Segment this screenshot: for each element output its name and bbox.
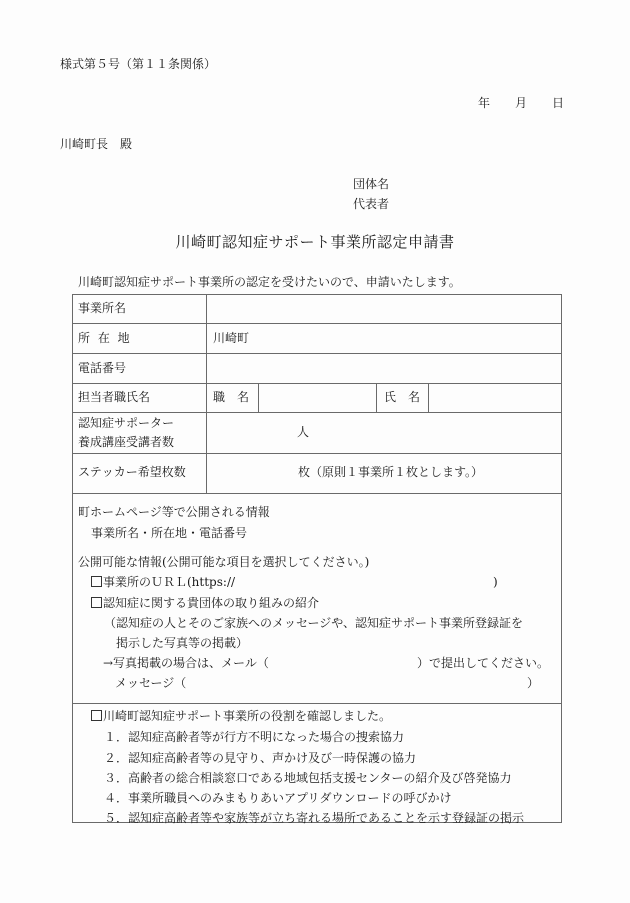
row-divider [72,453,562,454]
date-month-label: 月 [515,97,527,109]
sticker-count-field[interactable] [212,464,292,480]
initiatives-detail-line1: （認知症の人とそのご家族へのメッセージや、認知症サポート事業所登録証を [104,617,523,629]
sticker-count-unit: 枚（原則１事業所１枚とします。） [298,466,483,478]
message-suffix: ） [527,677,539,689]
role-item: ３．高齢者の総合相談窓口である地域包括支援センターの紹介及び啓発協力 [104,772,512,784]
document-title: 川崎町認知症サポート事業所認定申請書 [0,235,630,250]
address-label: 所 在 地 [78,332,130,344]
option-initiatives-label: 認知症に関する貴団体の取り組みの紹介 [103,596,319,610]
person-name-label: 氏 名 [384,391,420,403]
date-day-label: 日 [552,97,564,109]
role-item: ４．事業所職員へのみまもりあいアプリダウンロードの呼びかけ [104,792,452,804]
role-item: １．認知症高齢者等が行方不明になった場合の捜索協力 [104,731,404,743]
address-field[interactable]: 川崎町 [213,332,249,344]
initiatives-detail-line2: 掲示した写真等の掲載） [116,637,248,649]
date-year-label: 年 [478,97,490,109]
person-name-field[interactable] [434,391,556,405]
job-title-field[interactable] [264,391,370,405]
public-info-heading: 町ホームページ等で公開される情報 [78,506,270,518]
role-item: ５．認知症高齢者等や家族等が立ち寄れる場所であることを示す登録証の掲示 [104,812,524,824]
column-divider [258,383,259,412]
option-initiatives[interactable]: 認知症に関する貴団体の取り組みの紹介 [91,597,319,609]
photo-email-field[interactable] [278,657,413,670]
role-item: ２．認知症高齢者等の見守り、声かけ及び一時保護の協力 [104,752,416,764]
addressee: 川崎町長 殿 [60,138,132,150]
column-divider [428,383,429,412]
url-close-paren: ) [493,576,498,588]
form-number: 様式第５号（第１１条関係） [60,58,216,70]
row-divider [72,383,562,384]
column-divider [206,294,207,493]
message-field[interactable] [192,677,522,690]
office-name-label: 事業所名 [78,302,126,314]
column-divider [376,383,377,412]
optional-info-heading: 公開可能な情報(公開可能な項目を選択してください。) [78,556,369,568]
row-divider [72,493,562,494]
organization-label: 団体名 [353,178,389,190]
supporter-count-field[interactable] [212,424,292,440]
contact-person-label: 担当者職氏名 [78,391,150,403]
roles-confirm-checkbox[interactable] [91,710,102,721]
message-prefix: メッセージ（ [115,677,186,689]
phone-label: 電話番号 [78,362,126,374]
roles-confirm-label: 川崎町認知症サポート事業所の役割を確認しました。 [103,709,391,723]
row-divider [72,323,562,324]
section-divider [72,703,562,704]
photo-note-suffix: ）で提出してください。 [417,657,549,669]
sticker-count-label: ステッカー希望枚数 [78,466,186,478]
office-name-field[interactable] [212,302,556,316]
row-divider [72,412,562,413]
row-divider [72,353,562,354]
supporter-count-label-line2: 養成講座受講者数 [78,436,174,448]
phone-field[interactable] [212,362,556,376]
supporter-count-label-line1: 認知症サポーター [78,417,174,429]
photo-note-prefix: →写真掲載の場合は、メール（ [103,657,269,669]
initiatives-checkbox[interactable] [91,597,102,608]
url-checkbox[interactable] [91,576,102,587]
roles-confirm[interactable]: 川崎町認知症サポート事業所の役割を確認しました。 [91,710,391,722]
intro-text: 川崎町認知症サポート事業所の認定を受けたいので、申請いたします。 [78,276,461,288]
public-info-items: 事業所名・所在地・電話番号 [91,527,247,539]
representative-label: 代表者 [353,198,389,210]
job-title-label: 職 名 [213,391,249,403]
url-field[interactable] [210,576,480,589]
supporter-count-unit: 人 [297,426,309,438]
